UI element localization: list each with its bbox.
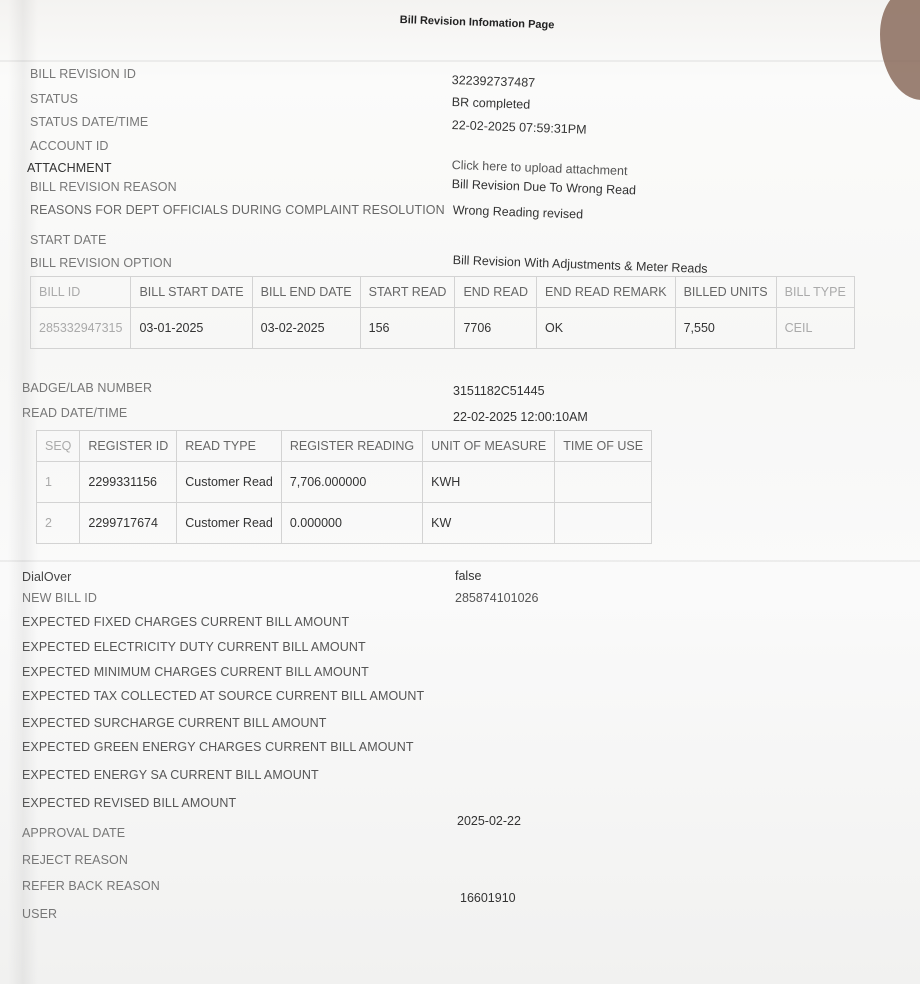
field-value-approval-date: 2025-02-22 xyxy=(457,814,521,828)
field-label-bill-revision-id: BILL REVISION ID xyxy=(30,67,136,81)
cell-time-of-use xyxy=(555,462,652,503)
cell-seq: 2 xyxy=(37,503,80,544)
field-label-expected-green-energy: EXPECTED GREEN ENERGY CHARGES CURRENT BI… xyxy=(22,740,414,754)
field-label-dept-reasons: REASONS FOR DEPT OFFICIALS DURING COMPLA… xyxy=(30,203,445,217)
field-label-refer-back-reason: REFER BACK REASON xyxy=(22,879,160,893)
col-seq: SEQ xyxy=(37,431,80,462)
table-row: 1 2299331156 Customer Read 7,706.000000 … xyxy=(37,462,652,503)
cell-bill-type: CEIL xyxy=(776,308,854,349)
cell-start-read: 156 xyxy=(360,308,455,349)
cell-register-reading: 7,706.000000 xyxy=(281,462,422,503)
field-label-approval-date: APPROVAL DATE xyxy=(22,826,125,840)
field-label-badge-lab-number: BADGE/LAB NUMBER xyxy=(22,381,152,395)
cell-seq: 1 xyxy=(37,462,80,503)
col-unit-of-measure: UNIT OF MEASURE xyxy=(423,431,555,462)
field-label-read-datetime: READ DATE/TIME xyxy=(22,406,127,420)
table-row: 2 2299717674 Customer Read 0.000000 KW xyxy=(37,503,652,544)
cell-register-id: 2299717674 xyxy=(80,503,177,544)
field-label-bill-revision-option: BILL REVISION OPTION xyxy=(30,256,172,270)
col-bill-id: BILL ID xyxy=(31,277,131,308)
register-table-header-row: SEQ REGISTER ID READ TYPE REGISTER READI… xyxy=(37,431,652,462)
field-value-badge-lab-number: 3151182C51445 xyxy=(453,384,545,398)
field-label-account-id: ACCOUNT ID xyxy=(30,139,109,153)
field-label-expected-energy-sa: EXPECTED ENERGY SA CURRENT BILL AMOUNT xyxy=(22,768,319,782)
field-label-expected-minimum-charges: EXPECTED MINIMUM CHARGES CURRENT BILL AM… xyxy=(22,665,369,679)
paper-fold xyxy=(0,60,920,62)
cell-unit-of-measure: KW xyxy=(423,503,555,544)
col-read-type: READ TYPE xyxy=(177,431,282,462)
cell-bill-id: 285332947315 xyxy=(31,308,131,349)
cell-time-of-use xyxy=(555,503,652,544)
field-value-bill-revision-id: 322392737487 xyxy=(452,73,536,90)
register-table: SEQ REGISTER ID READ TYPE REGISTER READI… xyxy=(36,430,652,544)
field-label-expected-surcharge: EXPECTED SURCHARGE CURRENT BILL AMOUNT xyxy=(22,716,327,730)
field-value-new-bill-id: 285874101026 xyxy=(455,591,538,605)
field-value-status: BR completed xyxy=(452,95,531,112)
col-billed-units: BILLED UNITS xyxy=(675,277,776,308)
col-bill-end-date: BILL END DATE xyxy=(252,277,360,308)
col-end-read-remark: END READ REMARK xyxy=(537,277,676,308)
paper-fold xyxy=(0,560,920,562)
field-label-expected-revised-bill: EXPECTED REVISED BILL AMOUNT xyxy=(22,796,236,810)
cell-end-read-remark: OK xyxy=(537,308,676,349)
field-value-read-datetime: 22-02-2025 12:00:10AM xyxy=(453,410,588,424)
field-value-dialover: false xyxy=(455,569,481,583)
field-label-attachment: ATTACHMENT xyxy=(27,161,112,175)
col-register-id: REGISTER ID xyxy=(80,431,177,462)
col-bill-type: BILL TYPE xyxy=(776,277,854,308)
col-register-reading: REGISTER READING xyxy=(281,431,422,462)
bill-table: BILL ID BILL START DATE BILL END DATE ST… xyxy=(30,276,855,349)
cell-end-read: 7706 xyxy=(455,308,537,349)
cell-register-id: 2299331156 xyxy=(80,462,177,503)
field-label-expected-fixed-charges: EXPECTED FIXED CHARGES CURRENT BILL AMOU… xyxy=(22,615,349,629)
field-label-bill-revision-reason: BILL REVISION REASON xyxy=(30,180,177,194)
field-label-expected-tcs: EXPECTED TAX COLLECTED AT SOURCE CURRENT… xyxy=(22,689,424,703)
col-start-read: START READ xyxy=(360,277,455,308)
field-value-user: 16601910 xyxy=(460,891,516,905)
col-end-read: END READ xyxy=(455,277,537,308)
field-label-status-datetime: STATUS DATE/TIME xyxy=(30,115,148,129)
cell-billed-units: 7,550 xyxy=(675,308,776,349)
bill-table-header-row: BILL ID BILL START DATE BILL END DATE ST… xyxy=(31,277,855,308)
col-bill-start-date: BILL START DATE xyxy=(131,277,252,308)
field-label-reject-reason: REJECT REASON xyxy=(22,853,128,867)
cell-bill-start-date: 03-01-2025 xyxy=(131,308,252,349)
field-label-dialover: DialOver xyxy=(22,570,71,584)
cell-bill-end-date: 03-02-2025 xyxy=(252,308,360,349)
table-row: 285332947315 03-01-2025 03-02-2025 156 7… xyxy=(31,308,855,349)
cell-read-type: Customer Read xyxy=(177,503,282,544)
field-label-status: STATUS xyxy=(30,92,78,106)
col-time-of-use: TIME OF USE xyxy=(555,431,652,462)
field-label-user: USER xyxy=(22,907,57,921)
cell-unit-of-measure: KWH xyxy=(423,462,555,503)
cell-read-type: Customer Read xyxy=(177,462,282,503)
cell-register-reading: 0.000000 xyxy=(281,503,422,544)
field-label-start-date: START DATE xyxy=(30,233,106,247)
field-label-expected-electricity-duty: EXPECTED ELECTRICITY DUTY CURRENT BILL A… xyxy=(22,640,366,654)
field-label-new-bill-id: NEW BILL ID xyxy=(22,591,97,605)
